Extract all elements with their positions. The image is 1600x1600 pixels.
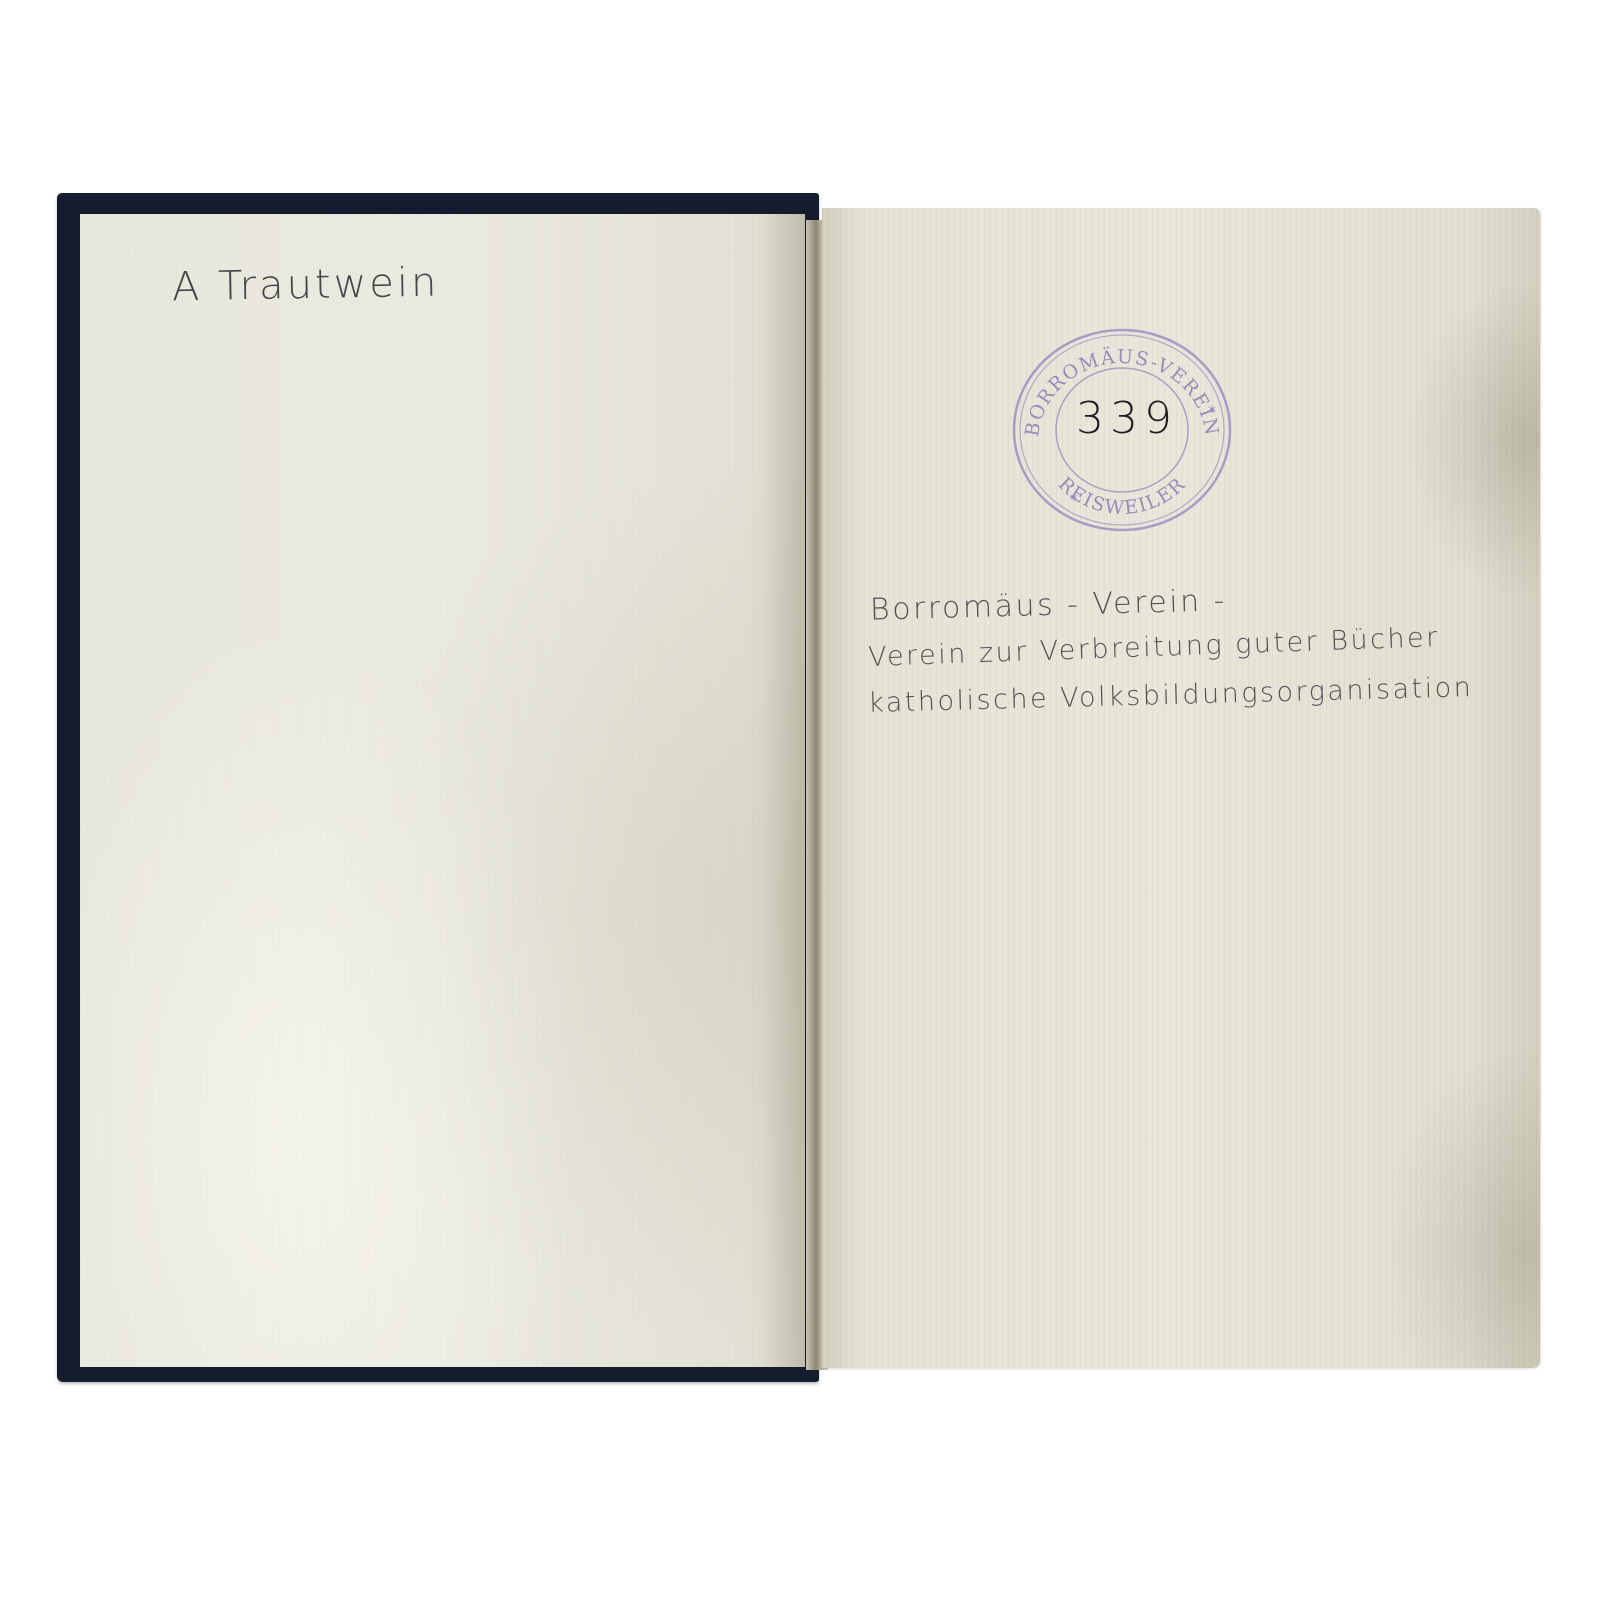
library-stamp: BORROMÄUS-VEREIN REISWEILER * * 339 — [1008, 325, 1236, 535]
svg-text:*: * — [1070, 490, 1078, 509]
svg-text:*: * — [1208, 402, 1216, 421]
left-endpaper — [80, 214, 805, 1367]
open-book: A Trautwein BORROMÄUS-VEREIN REISWEILER … — [0, 0, 1600, 1600]
stamp-number: 339 — [1076, 393, 1178, 444]
fold-shadow — [765, 214, 805, 1367]
owner-inscription: A Trautwein — [172, 260, 440, 311]
